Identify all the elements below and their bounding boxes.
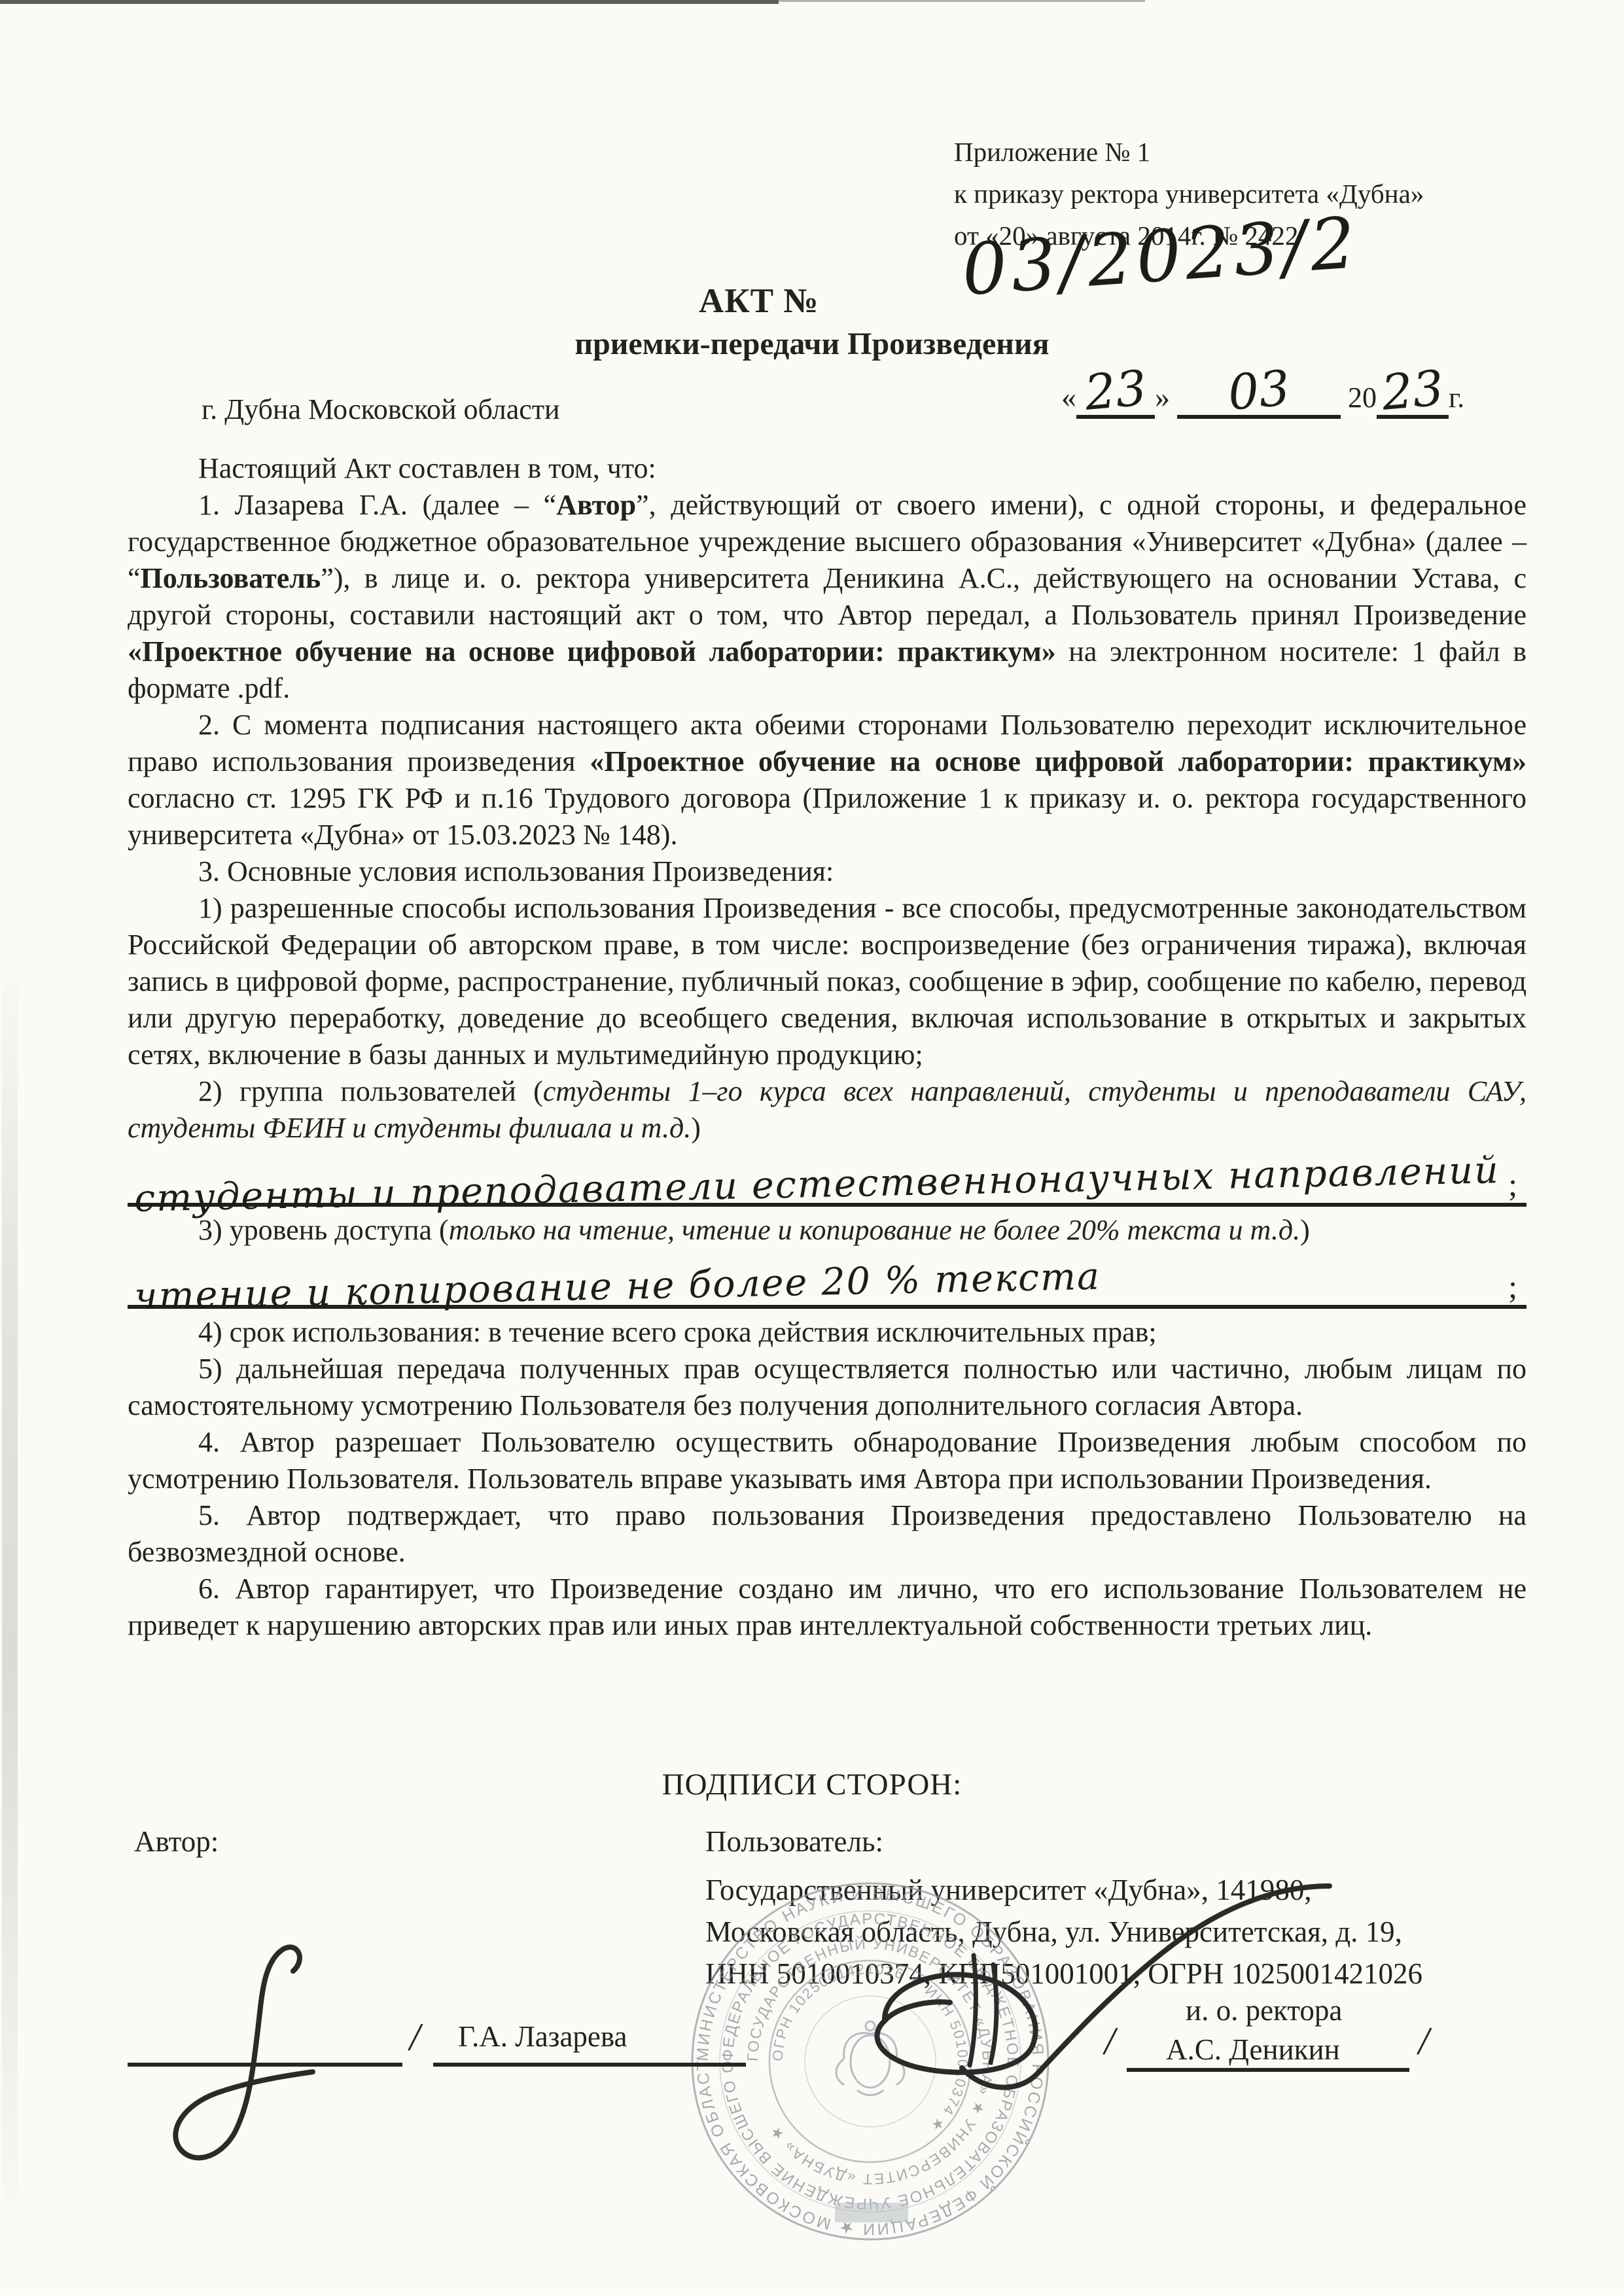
- handwritten-access-level-punct: ;: [1508, 1268, 1517, 1305]
- handwritten-access-level-line: чтение и копирование не более 20 % текст…: [128, 1250, 1527, 1309]
- appendix-line-1: Приложение № 1: [954, 131, 1424, 173]
- date-close-quote: »: [1155, 380, 1170, 414]
- scan-artifact-top-edge-light: [779, 0, 1145, 2]
- author-signature-line: [128, 2063, 402, 2067]
- rector-slash-right: /: [1415, 2016, 1434, 2066]
- date-open-quote: «: [1061, 380, 1076, 414]
- date-year-underline: 23: [1377, 366, 1449, 419]
- date-day-underline: 23: [1076, 366, 1155, 419]
- stamp-bottom-cartouche: [835, 2203, 908, 2222]
- paragraph-2-rights: 2. С момента подписания настоящего акта …: [128, 707, 1527, 853]
- user-label: Пользователь:: [705, 1824, 883, 1859]
- stamp-ring-text-4: ОГРН 1025001421026 ★ ИНН 5010010374 ★: [769, 1961, 971, 2136]
- svg-text:ОГРН 1025001421026 ★ ИНН 50100: ОГРН 1025001421026 ★ ИНН 5010010374 ★: [769, 1961, 971, 2136]
- condition-1-usage-methods: 1) разрешенные способы использования Про…: [128, 890, 1527, 1073]
- document-body: Настоящий Акт составлен в том, что: 1. Л…: [128, 450, 1527, 1644]
- intro-paragraph: Настоящий Акт составлен в том, что:: [128, 450, 1527, 487]
- paragraph-1-parties: 1. Лазарева Г.А. (далее – “Автор”, дейст…: [128, 487, 1527, 707]
- condition-2-user-group: 2) группа пользователей (студенты 1–го к…: [128, 1073, 1527, 1147]
- handwritten-user-group-line: студенты и преподаватели естественнонауч…: [128, 1148, 1527, 1207]
- rector-slash-left: /: [1101, 2016, 1120, 2066]
- signatures-heading: ПОДПИСИ СТОРОН:: [0, 1767, 1624, 1802]
- author-label: Автор:: [134, 1824, 219, 1859]
- condition-5-transfer: 5) дальнейшая передача полученных прав о…: [128, 1351, 1527, 1424]
- author-signature-ink: [175, 1947, 313, 2158]
- date-year-handwritten: 23: [1380, 364, 1445, 418]
- paragraph-6-guarantee: 6. Автор гарантирует, что Произведение с…: [128, 1571, 1527, 1644]
- act-subtitle: приемки-передачи Произведения: [0, 326, 1624, 362]
- handwritten-user-group-text: студенты и преподаватели естественнонауч…: [134, 1152, 1500, 1217]
- scan-artifact-top-edge: [0, 0, 779, 4]
- scanned-document-page: Приложение № 1 к приказу ректора универс…: [0, 0, 1624, 2295]
- paragraph-5-free-basis: 5. Автор подтверждает, что право пользов…: [128, 1497, 1527, 1571]
- handwritten-access-level-text: чтение и копирование не более 20 % текст…: [134, 1258, 1101, 1315]
- paragraph-3-conditions-heading: 3. Основные условия использования Произв…: [128, 853, 1527, 890]
- author-name: Г.А. Лазарева: [458, 2019, 627, 2054]
- paragraph-4-publication: 4. Автор разрешает Пользователю осуществ…: [128, 1424, 1527, 1497]
- place-line: г. Дубна Московской области: [202, 393, 560, 426]
- date-day-handwritten: 23: [1083, 364, 1148, 418]
- rector-position-label: и. о. ректора: [1186, 1993, 1342, 2027]
- date-century: 20: [1348, 382, 1377, 414]
- condition-4-term: 4) срок использования: в течение всего с…: [128, 1314, 1527, 1351]
- date-month-underline: 03: [1177, 366, 1341, 419]
- author-slash: /: [406, 2012, 425, 2062]
- act-title-label: АКТ №: [699, 281, 819, 321]
- handwritten-user-group-punct: ;: [1508, 1166, 1517, 1203]
- scan-artifact-left-streak: [2, 949, 18, 2245]
- date-field: «23» 03 2023г.: [1061, 366, 1464, 419]
- date-year-suffix: г.: [1449, 382, 1464, 414]
- rector-name-line: [1127, 2068, 1409, 2072]
- date-month-handwritten: 03: [1226, 364, 1292, 418]
- university-round-stamp: МИНИСТЕРСТВО НАУКИ И ВЫСШЕГО ОБРАЗОВАНИЯ…: [679, 1870, 1061, 2252]
- stamp-center-emblem: [836, 2021, 904, 2095]
- author-name-line: [433, 2063, 746, 2067]
- rector-name: А.С. Деникин: [1166, 2033, 1340, 2067]
- condition-3-access-level: 3) уровень доступа (только на чтение, чт…: [128, 1212, 1527, 1249]
